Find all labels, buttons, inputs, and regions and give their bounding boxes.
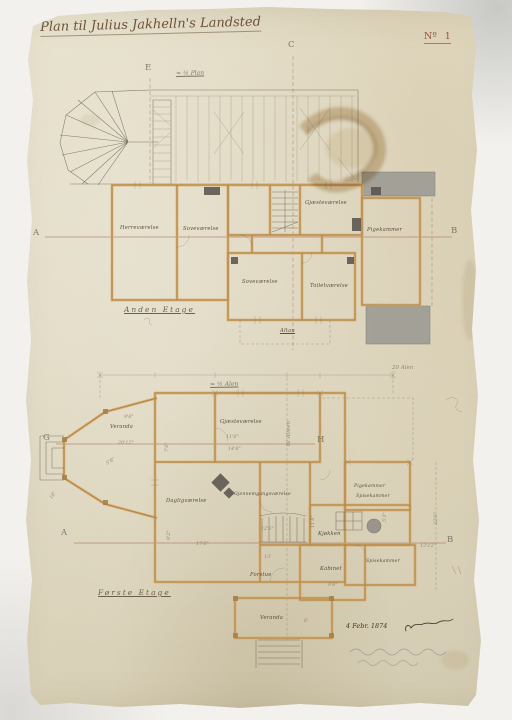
dashed-lines [100,320,436,590]
top-dimension-label: 20 Alen [392,366,413,372]
plan-linework [0,0,512,720]
lower-scale-note: = ½ Alen [210,382,238,388]
solid-fittings [62,187,381,638]
signature [406,619,453,631]
paper-sheet: Plan til Julius Jakhelln's Landsted Nº 1… [0,0,512,720]
roof-framing [60,90,362,185]
street-note: til Alleen [287,421,293,446]
upper-floor-label: Anden Etage [124,306,195,314]
lower-floor-label: Første Etage [98,589,171,597]
date-label: 4 Febr. 1874 [346,623,387,630]
handwritten-notes [350,566,461,666]
section-lines [45,56,452,640]
upper-scale-note: = ½ Plan [176,71,204,77]
sheet-number: Nº 1 [424,32,451,44]
scanned-drawing: Plan til Julius Jakhelln's Landsted Nº 1… [0,0,512,720]
